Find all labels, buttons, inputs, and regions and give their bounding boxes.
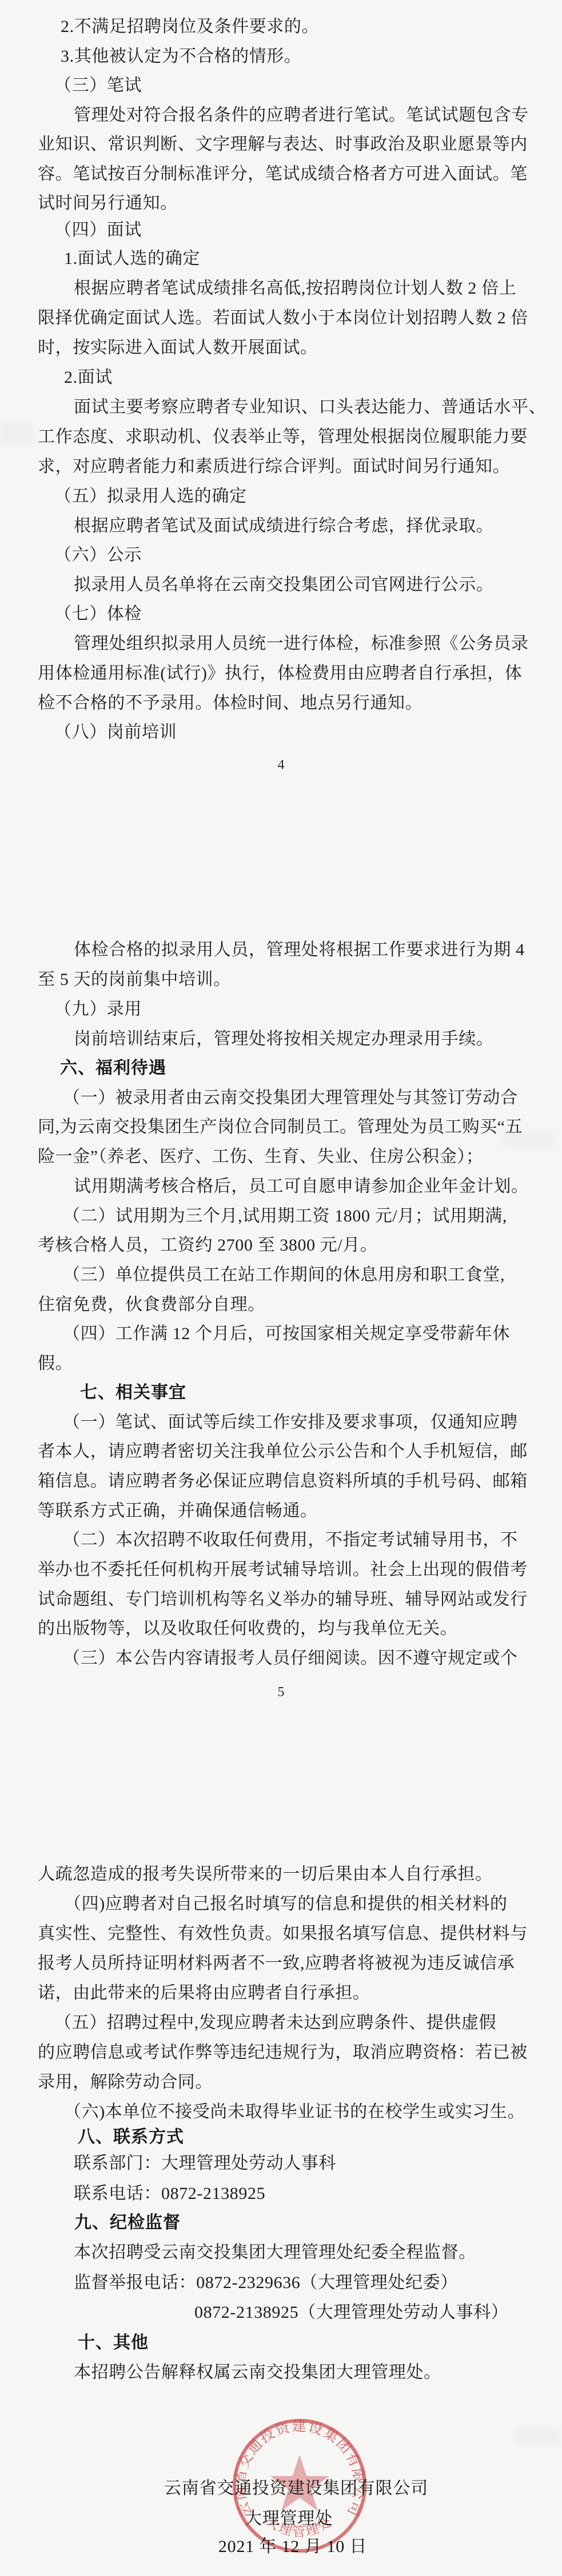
text-line: 试命题组、专门培训机构等名义举办的辅导班、辅导网站或发行 [38, 1589, 528, 1610]
text-line: 本招聘公告解释权属云南交投集团大理管理处。 [74, 2362, 441, 2383]
text-line: 假。 [38, 1353, 73, 1375]
text-line: 容。笔试按百分制标准评分，笔试成绩合格者方可进入面试。笔 [38, 163, 528, 185]
text-line: 时，按实际进入面试人数开展面试。 [38, 337, 318, 359]
text-line: 的应聘信息或考试作弊等违纪违规行为，取消应聘资格：若已被 [38, 2042, 528, 2064]
text-line: （四）面试 [54, 219, 142, 241]
scan-artifact [0, 423, 34, 446]
text-line: （一）被录用者由云南交投集团大理管理处与其签订劳动合 [63, 1087, 518, 1109]
text-line: 工作态度、求职动机、仪表举止等，管理处根据岗位履职能力要 [38, 426, 528, 448]
section-heading: 八、联系方式 [78, 2126, 184, 2148]
text-line: 2.不满足招聘岗位及条件要求的。 [61, 16, 319, 38]
text-line: 监督举报电话：0872-2329636（大理管理处纪委） [74, 2272, 458, 2294]
text-line: （六）公示 [54, 544, 142, 566]
text-line: （四)应聘者对自己报名时填写的信息和提供的相关材料的 [64, 1893, 508, 1915]
page-number: 5 [0, 1685, 562, 1700]
text-line: （九）录用 [54, 999, 142, 1020]
section-heading: 六、福利待遇 [60, 1057, 166, 1079]
text-line: 考核合格人员，工资约 2700 至 3800 元/月。 [38, 1235, 378, 1256]
text-line: 者本人，请应聘者密切关注我单位公示公告和个人手机短信，邮 [38, 1441, 528, 1463]
text-line: （五）招聘过程中,发现应聘者未达到应聘条件、提供虚假 [54, 2012, 496, 2034]
text-line: 联系电话：0872-2138925 [74, 2183, 265, 2205]
text-line: 拟录用人员名单将在云南交投集团公司官网进行公示。 [74, 574, 493, 596]
text-line: 面试主要考察应聘者专业知识、口头表达能力、普通话水平、 [74, 396, 546, 418]
text-line: （一）笔试、面试等后续工作安排及要求事项，仅通知应聘 [63, 1412, 518, 1433]
text-line: 限择优确定面试人选。若面试人数小于本岗位计划招聘人数 2 倍 [38, 307, 528, 329]
text-line: 1.面试人选的确定 [64, 248, 200, 270]
text-line: 报考人员所持证明材料两者不一致,应聘者将被视为违反诚信承 [38, 1953, 515, 1974]
text-line: 录用，解除劳动合同。 [38, 2072, 213, 2093]
text-line: （二）试用期为三个月,试用期工资 1800 元/月；试用期满, [63, 1205, 507, 1227]
text-line: （三）本公告内容请报考人员仔细阅读。因不遵守规定或个 [63, 1648, 518, 1669]
issuer-company-name: 云南省交通投资建设集团有限公司 [164, 2474, 428, 2499]
text-line: 举办也不委托任何机构开展考试辅导培训。社会上出现的假借考 [38, 1559, 528, 1581]
text-line: 的出版物等，以及收取任何收费的，均与我单位无关。 [38, 1618, 457, 1640]
text-line: 检不合格的不予录用。体检时间、地点另行通知。 [38, 692, 423, 714]
text-line: 险一金”（养老、医疗、工伤、生育、失业、住房公积金）； [38, 1146, 484, 1168]
text-line: 试时间另行通知。 [38, 193, 178, 214]
text-line: （四）工作满 12 个月后，可按国家相关规定享受带薪年休 [63, 1323, 510, 1345]
text-line: 箱信息。请应聘者务必保证应聘信息资料所填的手机号码、邮箱 [38, 1471, 528, 1492]
text-line: 岗前培训结束后，管理处将按相关规定办理录用手续。 [74, 1028, 493, 1050]
page-number: 4 [0, 758, 562, 773]
text-line: 人疏忽造成的报考失误所带来的一切后果由本人自行承担。 [38, 1864, 493, 1885]
text-line: （五）拟录用人选的确定 [54, 486, 247, 507]
section-heading: 九、纪检监督 [74, 2212, 181, 2234]
text-line: 等联系方式正确，并确保通信畅通。 [38, 1500, 318, 1522]
scan-artifact [515, 2428, 560, 2445]
text-line: 联系部门：大理管理处劳动人事科 [74, 2153, 336, 2174]
issue-date: 2021 年 12 月 10 日 [218, 2532, 367, 2557]
text-line: 2.面试 [64, 367, 113, 388]
text-line: （二）本次招聘不收取任何费用，不指定考试辅导用书，不 [63, 1529, 518, 1551]
text-line: 住宿免费，伙食费部分自理。 [38, 1294, 265, 1316]
text-line: 试用期满考核合格后，员工可自愿申请参加企业年金计划。 [74, 1176, 529, 1197]
text-line: 业知识、常识判断、文字理解与表达、时事政治及职业愿景等内 [38, 134, 528, 155]
text-line: （七）体检 [54, 603, 142, 625]
text-line: 3.其他被认定为不合格的情形。 [61, 46, 302, 67]
section-heading: 七、相关事宜 [80, 1382, 186, 1404]
text-line: 0872-2138925（大理管理处劳动人事科） [194, 2302, 508, 2323]
text-line: 根据应聘者笔试及面试成绩进行综合考虑，择优录取。 [74, 515, 493, 537]
text-line: 诺，由此带来的后果将由应聘者自行承担。 [38, 1982, 370, 2004]
text-line: （八）岗前培训 [54, 722, 177, 743]
text-line: （六)本单位不接受尚未取得毕业证书的在校学生或实习生。 [64, 2101, 525, 2123]
text-line: （三）单位提供员工在站工作期间的休息用房和职工食堂, [63, 1264, 505, 1286]
issuer-department-name: 大理管理处 [245, 2504, 333, 2529]
section-heading: 十、其他 [78, 2332, 149, 2354]
text-line: 本次招聘受云南交投集团大理管理处纪委全程监督。 [74, 2242, 476, 2263]
text-line: 管理处组织拟录用人员统一进行体检，标准参照《公务员录 [74, 633, 529, 655]
text-line: 真实性、完整性、有效性负责。如果报名填写信息、提供材料与 [38, 1923, 528, 1945]
text-line: （三）笔试 [54, 75, 142, 97]
text-line: 同,为云南交投集团生产岗位合同制员工。管理处为员工购买“五 [38, 1116, 523, 1138]
text-line: 管理处对符合报名条件的应聘者进行笔试。笔试试题包含专 [74, 105, 529, 126]
text-line: 至 5 天的岗前集中培训。 [38, 969, 231, 991]
scanned-document-page: 4 5 云南省交通投资建设集团有限公司 大理管理处 云南省交通投资建设集团有限公… [0, 0, 562, 2576]
text-line: 根据应聘者笔试成绩排名高低,按招聘岗位计划人数 2 倍上 [74, 278, 516, 299]
text-line: 用体检通用标准(试行)》执行，体检费用由应聘者自行承担，体 [38, 663, 522, 684]
text-line: 求，对应聘者能力和素质进行综合评判。面试时间另行通知。 [38, 456, 510, 478]
text-line: 体检合格的拟录用人员，管理处将根据工作要求进行为期 4 [74, 939, 525, 961]
